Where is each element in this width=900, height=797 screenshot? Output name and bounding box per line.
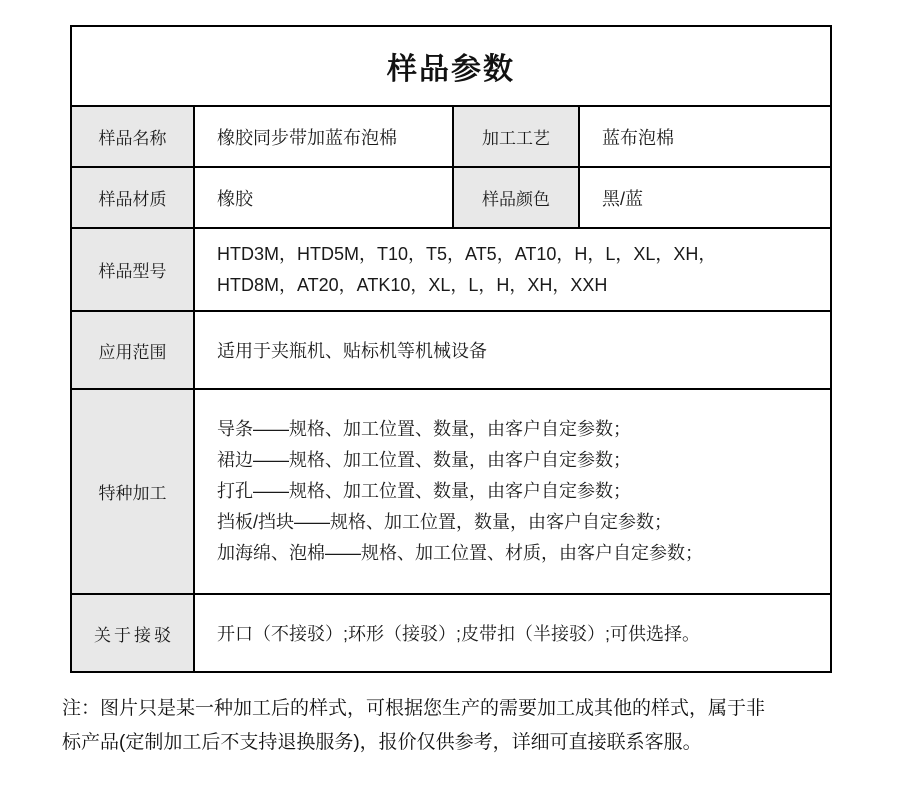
table-row: 应用范围 适用于夹瓶机、贴标机等机械设备 bbox=[71, 311, 831, 389]
footer-note-line1: 注：图片只是某一种加工后的样式，可根据您生产的需要加工成其他的样式，属于非 bbox=[62, 692, 862, 726]
row-value-application: 适用于夹瓶机、贴标机等机械设备 bbox=[194, 311, 831, 389]
row-label-application: 应用范围 bbox=[71, 311, 194, 389]
row-value-model: HTD3M，HTD5M，T10，T5，AT5，AT10，H，L，XL，XH， H… bbox=[194, 228, 831, 311]
product-spec-page: 样品参数 样品名称 橡胶同步带加蓝布泡棉 加工工艺 蓝布泡棉 样品材质 橡胶 样… bbox=[0, 0, 900, 797]
table-row: 样品材质 橡胶 样品颜色 黑/蓝 bbox=[71, 167, 831, 228]
row-value-process: 蓝布泡棉 bbox=[579, 106, 831, 167]
special-line-skirt: 裙边——规格、加工位置、数量，由客户自定参数； bbox=[217, 445, 820, 476]
special-line-guide: 导条——规格、加工位置、数量，由客户自定参数； bbox=[217, 414, 820, 445]
table-title-row: 样品参数 bbox=[71, 26, 831, 106]
row-value-sample-name: 橡胶同步带加蓝布泡棉 bbox=[194, 106, 453, 167]
special-line-sponge: 加海绵、泡棉——规格、加工位置、材质，由客户自定参数； bbox=[217, 538, 820, 569]
table-row: 样品型号 HTD3M，HTD5M，T10，T5，AT5，AT10，H，L，XL，… bbox=[71, 228, 831, 311]
row-value-material: 橡胶 bbox=[194, 167, 453, 228]
row-value-joint: 开口（不接驳）;环形（接驳）;皮带扣（半接驳）;可供选择。 bbox=[194, 594, 831, 672]
row-label-material: 样品材质 bbox=[71, 167, 194, 228]
special-line-baffle: 挡板/挡块——规格、加工位置，数量，由客户自定参数； bbox=[217, 507, 820, 538]
table-row: 关于接驳 开口（不接驳）;环形（接驳）;皮带扣（半接驳）;可供选择。 bbox=[71, 594, 831, 672]
footer-note: 注：图片只是某一种加工后的样式，可根据您生产的需要加工成其他的样式，属于非 标产… bbox=[62, 692, 862, 760]
footer-note-line2: 标产品(定制加工后不支持退换服务)，报价仅供参考，详细可直接联系客服。 bbox=[62, 726, 862, 760]
row-value-color: 黑/蓝 bbox=[579, 167, 831, 228]
row-label-special-processing: 特种加工 bbox=[71, 389, 194, 594]
row-label-model: 样品型号 bbox=[71, 228, 194, 311]
row-value-special-processing: 导条——规格、加工位置、数量，由客户自定参数； 裙边——规格、加工位置、数量，由… bbox=[194, 389, 831, 594]
row-label-color: 样品颜色 bbox=[453, 167, 579, 228]
row-label-sample-name: 样品名称 bbox=[71, 106, 194, 167]
page-title: 样品参数 bbox=[71, 26, 831, 106]
row-label-joint: 关于接驳 bbox=[71, 594, 194, 672]
table-row: 样品名称 橡胶同步带加蓝布泡棉 加工工艺 蓝布泡棉 bbox=[71, 106, 831, 167]
special-line-punch: 打孔——规格、加工位置、数量，由客户自定参数； bbox=[217, 476, 820, 507]
table-row: 特种加工 导条——规格、加工位置、数量，由客户自定参数； 裙边——规格、加工位置… bbox=[71, 389, 831, 594]
row-label-process: 加工工艺 bbox=[453, 106, 579, 167]
spec-table: 样品参数 样品名称 橡胶同步带加蓝布泡棉 加工工艺 蓝布泡棉 样品材质 橡胶 样… bbox=[70, 25, 832, 673]
